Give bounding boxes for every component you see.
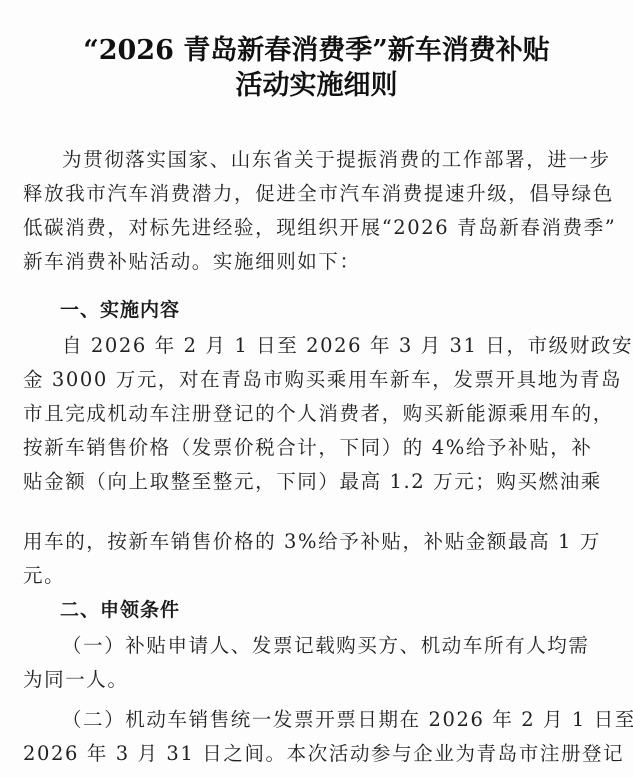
section-line: 2026 年 3 月 31 日之间。本次活动参与企业为青岛市注册登记 [23,741,613,767]
section-line: 贴金额（向上取整至整元，下同）最高 1.2 万元；购买燃油乘 [23,469,613,495]
section-line: 市且完成机动车注册登记的个人消费者，购买新能源乘用车的， [23,401,613,427]
intro-line: 释放我市汽车消费潜力，促进全市汽车消费提速升级，倡导绿色 [23,181,613,207]
section-line: （一）补贴申请人、发票记载购买方、机动车所有人均需 [62,633,633,659]
intro-line: 低碳消费，对标先进经验，现组织开展“2026 青岛新春消费季” [23,215,613,241]
document-title-line-1: “2026 青岛新春消费季”新车消费补贴 [0,28,633,67]
section-line: 元。 [23,563,613,589]
document-title-line-2: 活动实施细则 [0,63,633,102]
section-heading-implementation: 一、实施内容 [60,297,180,323]
intro-line: 为贯彻落实国家、山东省关于提振消费的工作部署，进一步 [62,147,633,173]
section-line: 为同一人。 [23,667,613,693]
section-line: 按新车销售价格（发票价税合计，下同）的 4%给予补贴，补 [23,435,613,461]
section-heading-eligibility: 二、申领条件 [60,597,180,623]
section-line: 用车的，按新车销售价格的 3%给予补贴，补贴金额最高 1 万 [23,529,613,555]
document-page: “2026 青岛新春消费季”新车消费补贴 活动实施细则 为贯彻落实国家、山东省关… [0,0,633,777]
section-line: 金 3000 万元，对在青岛市购买乘用车新车，发票开具地为青岛 [23,367,613,393]
section-line: （二）机动车销售统一发票开票日期在 2026 年 2 月 1 日至 [62,707,633,733]
section-line: 自 2026 年 2 月 1 日至 2026 年 3 月 31 日，市级财政安排… [62,333,633,359]
intro-line: 新车消费补贴活动。实施细则如下： [23,249,613,275]
